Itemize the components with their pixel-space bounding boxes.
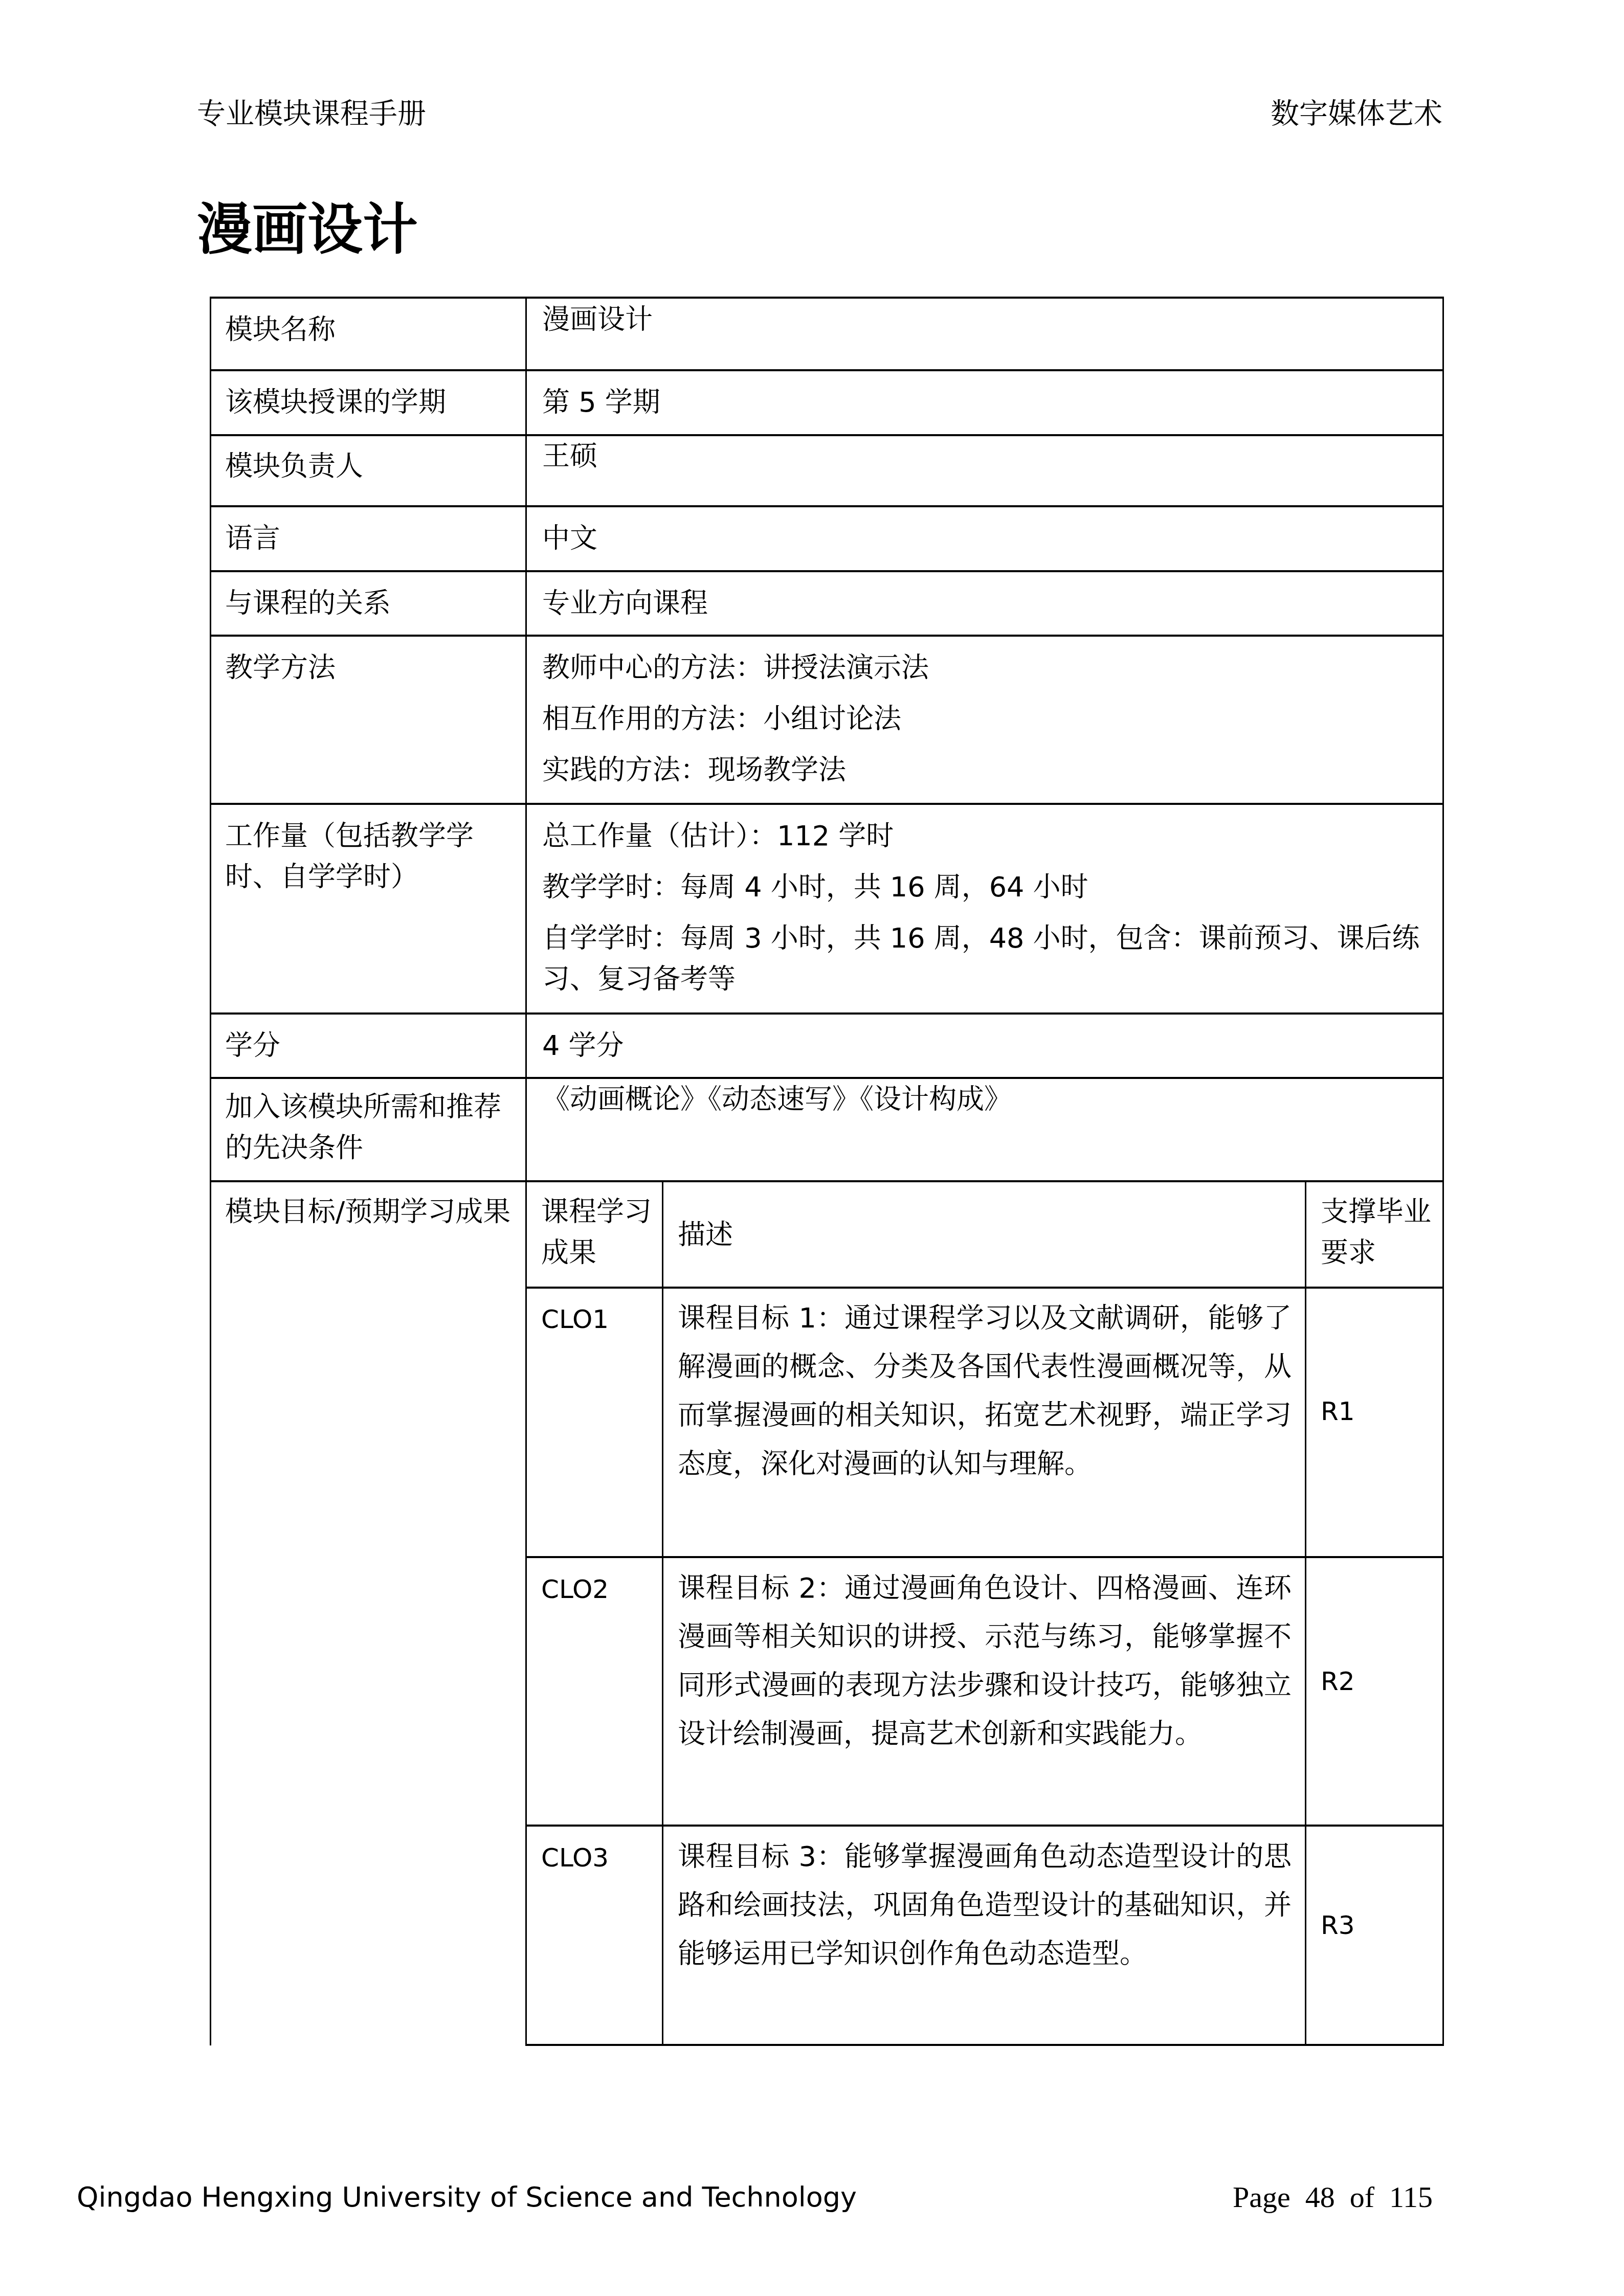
clo1-id: CLO1 <box>541 1294 609 1345</box>
page-label: Page <box>1233 2180 1291 2214</box>
value-teaching-method-1: 教师中心的方法：讲授法演示法 <box>542 642 1432 693</box>
header-manual-title: 专业模块课程手册 <box>197 96 426 132</box>
clo2-description: 课程目标 2：通过漫画角色设计、四格漫画、连环漫画等相关知识的讲授、示范与练习，… <box>678 1564 1292 1758</box>
value-teaching-method-2: 相互作用的方法：小组讨论法 <box>542 693 1432 745</box>
value-workload-total: 总工作量（估计）：112 学时 <box>542 811 1432 862</box>
row-divider <box>210 635 1444 637</box>
page-current: 48 <box>1305 2180 1335 2214</box>
table-border-right <box>1442 297 1444 2046</box>
footer-university-name: Qingdao Hengxing University of Science a… <box>77 2179 857 2215</box>
label-language: 语言 <box>225 513 517 564</box>
label-module-owner: 模块负责人 <box>225 441 517 492</box>
goal-column-divider <box>1305 1180 1306 2046</box>
label-course-relation: 与课程的关系 <box>225 578 517 629</box>
value-workload-teaching: 教学学时：每周 4 小时，共 16 周，64 小时 <box>542 862 1432 913</box>
value-prerequisites: 《动画概论》《动态速写》《设计构成》 <box>542 1074 1432 1125</box>
value-module-name: 漫画设计 <box>542 294 1432 345</box>
value-course-relation: 专业方向课程 <box>542 578 1432 629</box>
goal-col-description: 描述 <box>678 1209 1292 1260</box>
clo2-id: CLO2 <box>541 1564 609 1615</box>
value-workload-self-study: 自学学时：每周 3 小时，共 16 周，48 小时，包含：课前预习、课后练习、复… <box>542 918 1432 1000</box>
row-divider <box>210 570 1444 572</box>
clo3-requirement: R3 <box>1321 1900 1355 1951</box>
page-title: 漫画设计 <box>197 197 418 263</box>
row-divider <box>210 369 1444 371</box>
goal-column-divider <box>662 1180 663 2046</box>
header-program-name: 数字媒体艺术 <box>1271 96 1442 132</box>
label-prerequisites: 加入该模块所需和推荐的先决条件 <box>225 1087 511 1168</box>
table-border-left <box>210 297 211 2045</box>
row-divider <box>210 803 1444 805</box>
value-semester: 第 5 学期 <box>542 377 1432 428</box>
value-teaching-method-3: 实践的方法：现场教学法 <box>542 745 1432 796</box>
label-module-goals-text: 模块目标/预期学习成果 <box>225 1191 517 1232</box>
label-semester: 该模块授课的学期 <box>225 377 517 428</box>
label-workload: 工作量（包括教学学时、自学学时） <box>225 816 511 897</box>
value-module-owner: 王硕 <box>542 431 1432 482</box>
value-credits: 4 学分 <box>542 1020 1432 1071</box>
goal-col-clo: 课程学习成果 <box>541 1191 654 1273</box>
row-divider <box>210 1180 1444 1182</box>
page-total: 115 <box>1389 2180 1433 2214</box>
page-of: of <box>1350 2180 1374 2214</box>
clo1-description: 课程目标 1：通过课程学习以及文献调研，能够了解漫画的概念、分类及各国代表性漫画… <box>678 1294 1292 1488</box>
row-divider <box>210 1012 1444 1015</box>
label-module-name: 模块名称 <box>225 304 517 355</box>
label-teaching-methods: 教学方法 <box>225 642 517 693</box>
clo3-id: CLO3 <box>541 1832 609 1883</box>
value-language: 中文 <box>542 513 1432 564</box>
clo2-requirement: R2 <box>1321 1656 1355 1707</box>
label-credits: 学分 <box>225 1020 517 1071</box>
column-divider <box>525 297 527 2045</box>
footer-page-number: Page 48 of 115 <box>1233 2179 1433 2215</box>
clo3-description: 课程目标 3：能够掌握漫画角色动态造型设计的思路和绘画技法，巩固角色造型设计的基… <box>678 1832 1292 1978</box>
clo1-requirement: R1 <box>1321 1386 1355 1437</box>
goal-col-requirement: 支撑毕业要求 <box>1321 1191 1433 1273</box>
row-divider <box>210 505 1444 507</box>
